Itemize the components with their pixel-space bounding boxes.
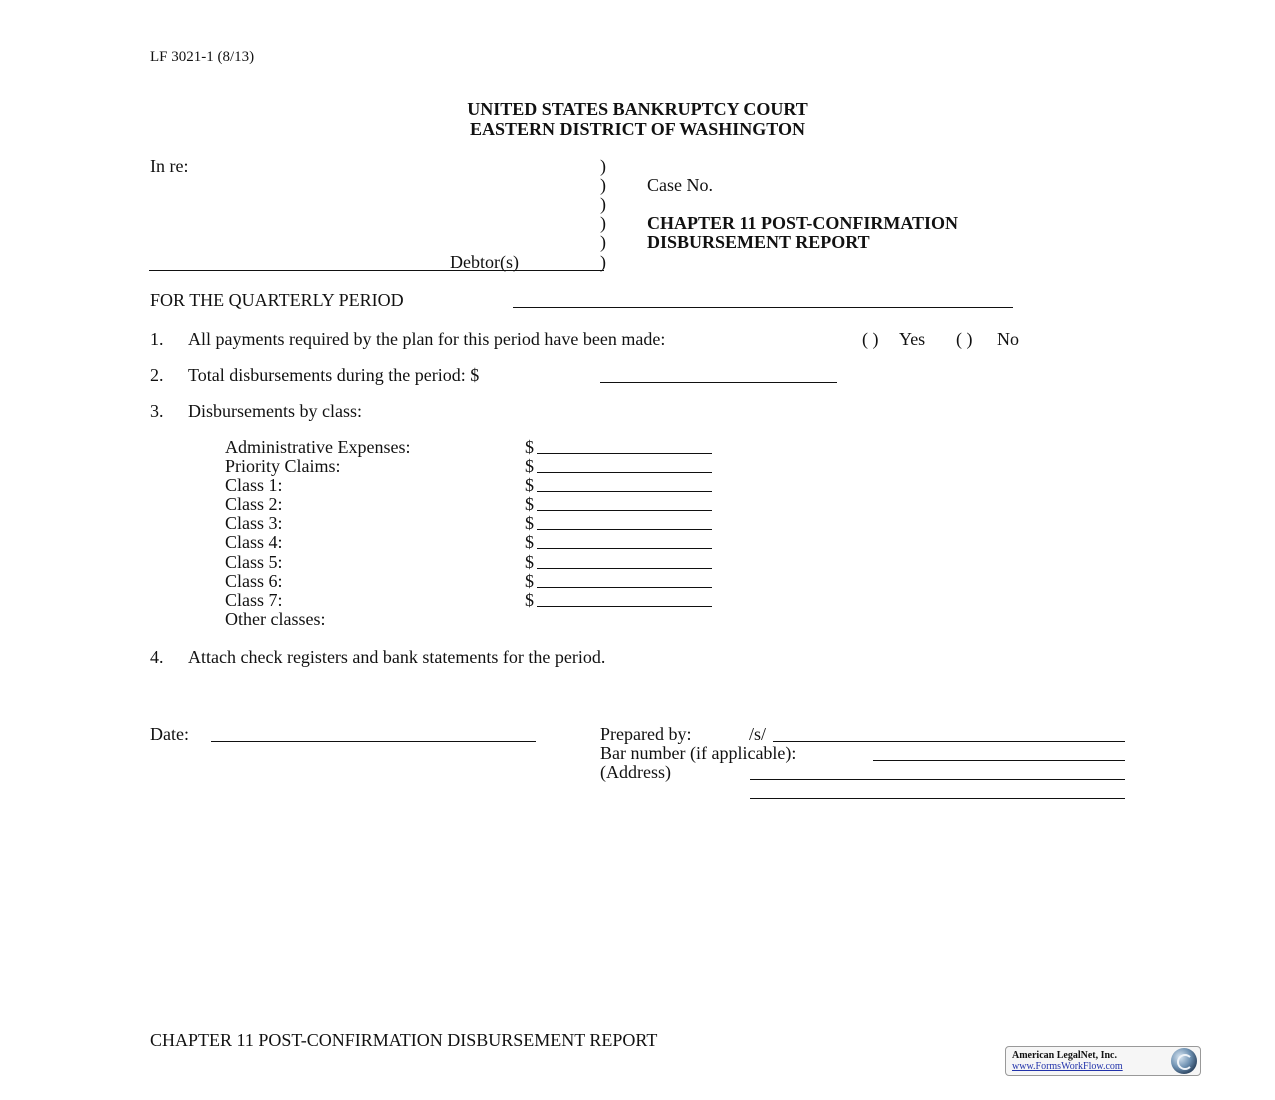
date-label: Date: — [150, 724, 189, 745]
class-row-5: Class 5: $ — [225, 552, 283, 573]
dollar-sign: $ — [525, 571, 534, 592]
globe-icon — [1171, 1048, 1197, 1074]
in-re-label: In re: — [150, 156, 188, 177]
class-label: Class 6: — [225, 571, 283, 591]
report-title-line1: CHAPTER 11 POST-CONFIRMATION — [647, 213, 958, 234]
item-2-text: Total disbursements during the period: $ — [188, 365, 479, 386]
court-district: EASTERN DISTRICT OF WASHINGTON — [0, 119, 1275, 140]
item-4-text: Attach check registers and bank statemen… — [188, 647, 605, 668]
class-amount-field[interactable] — [537, 494, 712, 511]
dollar-sign: $ — [525, 437, 534, 458]
no-checkbox[interactable]: ( ) — [956, 329, 973, 350]
total-disbursements-field[interactable] — [600, 366, 837, 383]
caption-paren: ) — [600, 194, 606, 215]
class-amount-field[interactable] — [537, 475, 712, 492]
court-name: UNITED STATES BANKRUPTCY COURT — [0, 99, 1275, 120]
class-label: Other classes: — [225, 609, 325, 629]
report-title-line2: DISBURSEMENT REPORT — [647, 232, 870, 253]
item-3-number: 3. — [150, 401, 164, 422]
class-row-administrative: Administrative Expenses: $ — [225, 437, 410, 458]
item-1-number: 1. — [150, 329, 164, 350]
logo-company: American LegalNet, Inc. — [1012, 1050, 1117, 1061]
dollar-sign: $ — [525, 475, 534, 496]
address-label: (Address) — [600, 762, 671, 783]
class-amount-field[interactable] — [537, 552, 712, 569]
quarterly-period-label: FOR THE QUARTERLY PERIOD — [150, 290, 404, 311]
form-id: LF 3021-1 (8/13) — [150, 49, 254, 66]
item-1-text: All payments required by the plan for th… — [188, 329, 665, 350]
class-amount-field[interactable] — [537, 456, 712, 473]
prepared-by-label: Prepared by: — [600, 724, 691, 745]
yes-checkbox[interactable]: ( ) — [862, 329, 879, 350]
debtor-label: Debtor(s) — [450, 252, 519, 273]
case-no-label: Case No. — [647, 175, 713, 196]
class-label: Class 2: — [225, 494, 283, 514]
address-field-line1[interactable] — [750, 763, 1125, 780]
caption-paren: ) — [600, 232, 606, 253]
class-row-2: Class 2: $ — [225, 494, 283, 515]
item-3-text: Disbursements by class: — [188, 401, 362, 422]
dollar-sign: $ — [525, 590, 534, 611]
class-row-4: Class 4: $ — [225, 532, 283, 553]
yes-label: Yes — [899, 329, 925, 350]
class-label: Class 7: — [225, 590, 283, 610]
dollar-sign: $ — [525, 532, 534, 553]
dollar-sign: $ — [525, 494, 534, 515]
bar-number-label: Bar number (if applicable): — [600, 743, 796, 764]
class-row-7: Class 7: $ — [225, 590, 283, 611]
class-amount-field[interactable] — [537, 513, 712, 530]
class-label: Class 5: — [225, 552, 283, 572]
class-label: Priority Claims: — [225, 456, 341, 476]
class-row-priority: Priority Claims: $ — [225, 456, 341, 477]
caption-paren: ) — [600, 175, 606, 196]
item-4-number: 4. — [150, 647, 164, 668]
class-amount-field[interactable] — [537, 532, 712, 549]
class-row-other: Other classes: — [225, 609, 325, 630]
class-amount-field[interactable] — [537, 437, 712, 454]
dollar-sign: $ — [525, 552, 534, 573]
class-label: Administrative Expenses: — [225, 437, 410, 457]
no-label: No — [997, 329, 1019, 350]
bar-number-field[interactable] — [873, 744, 1125, 761]
signature-prefix: /s/ — [749, 724, 766, 745]
prepared-by-field[interactable] — [773, 725, 1125, 742]
footer-title: CHAPTER 11 POST-CONFIRMATION DISBURSEMEN… — [150, 1030, 657, 1051]
class-label: Class 3: — [225, 513, 283, 533]
american-legalnet-logo[interactable]: American LegalNet, Inc. www.FormsWorkFlo… — [1005, 1046, 1201, 1076]
debtor-name-line[interactable] — [149, 270, 604, 271]
class-amount-field[interactable] — [537, 571, 712, 588]
class-row-6: Class 6: $ — [225, 571, 283, 592]
date-field[interactable] — [211, 725, 536, 742]
class-label: Class 1: — [225, 475, 283, 495]
item-2-number: 2. — [150, 365, 164, 386]
caption-paren: ) — [600, 156, 606, 177]
address-field-line2[interactable] — [750, 782, 1125, 799]
caption-paren: ) — [600, 213, 606, 234]
class-amount-field[interactable] — [537, 590, 712, 607]
logo-url-link[interactable]: www.FormsWorkFlow.com — [1012, 1061, 1123, 1072]
class-row-1: Class 1: $ — [225, 475, 283, 496]
quarterly-period-field[interactable] — [513, 291, 1013, 308]
class-label: Class 4: — [225, 532, 283, 552]
dollar-sign: $ — [525, 456, 534, 477]
dollar-sign: $ — [525, 513, 534, 534]
class-row-3: Class 3: $ — [225, 513, 283, 534]
